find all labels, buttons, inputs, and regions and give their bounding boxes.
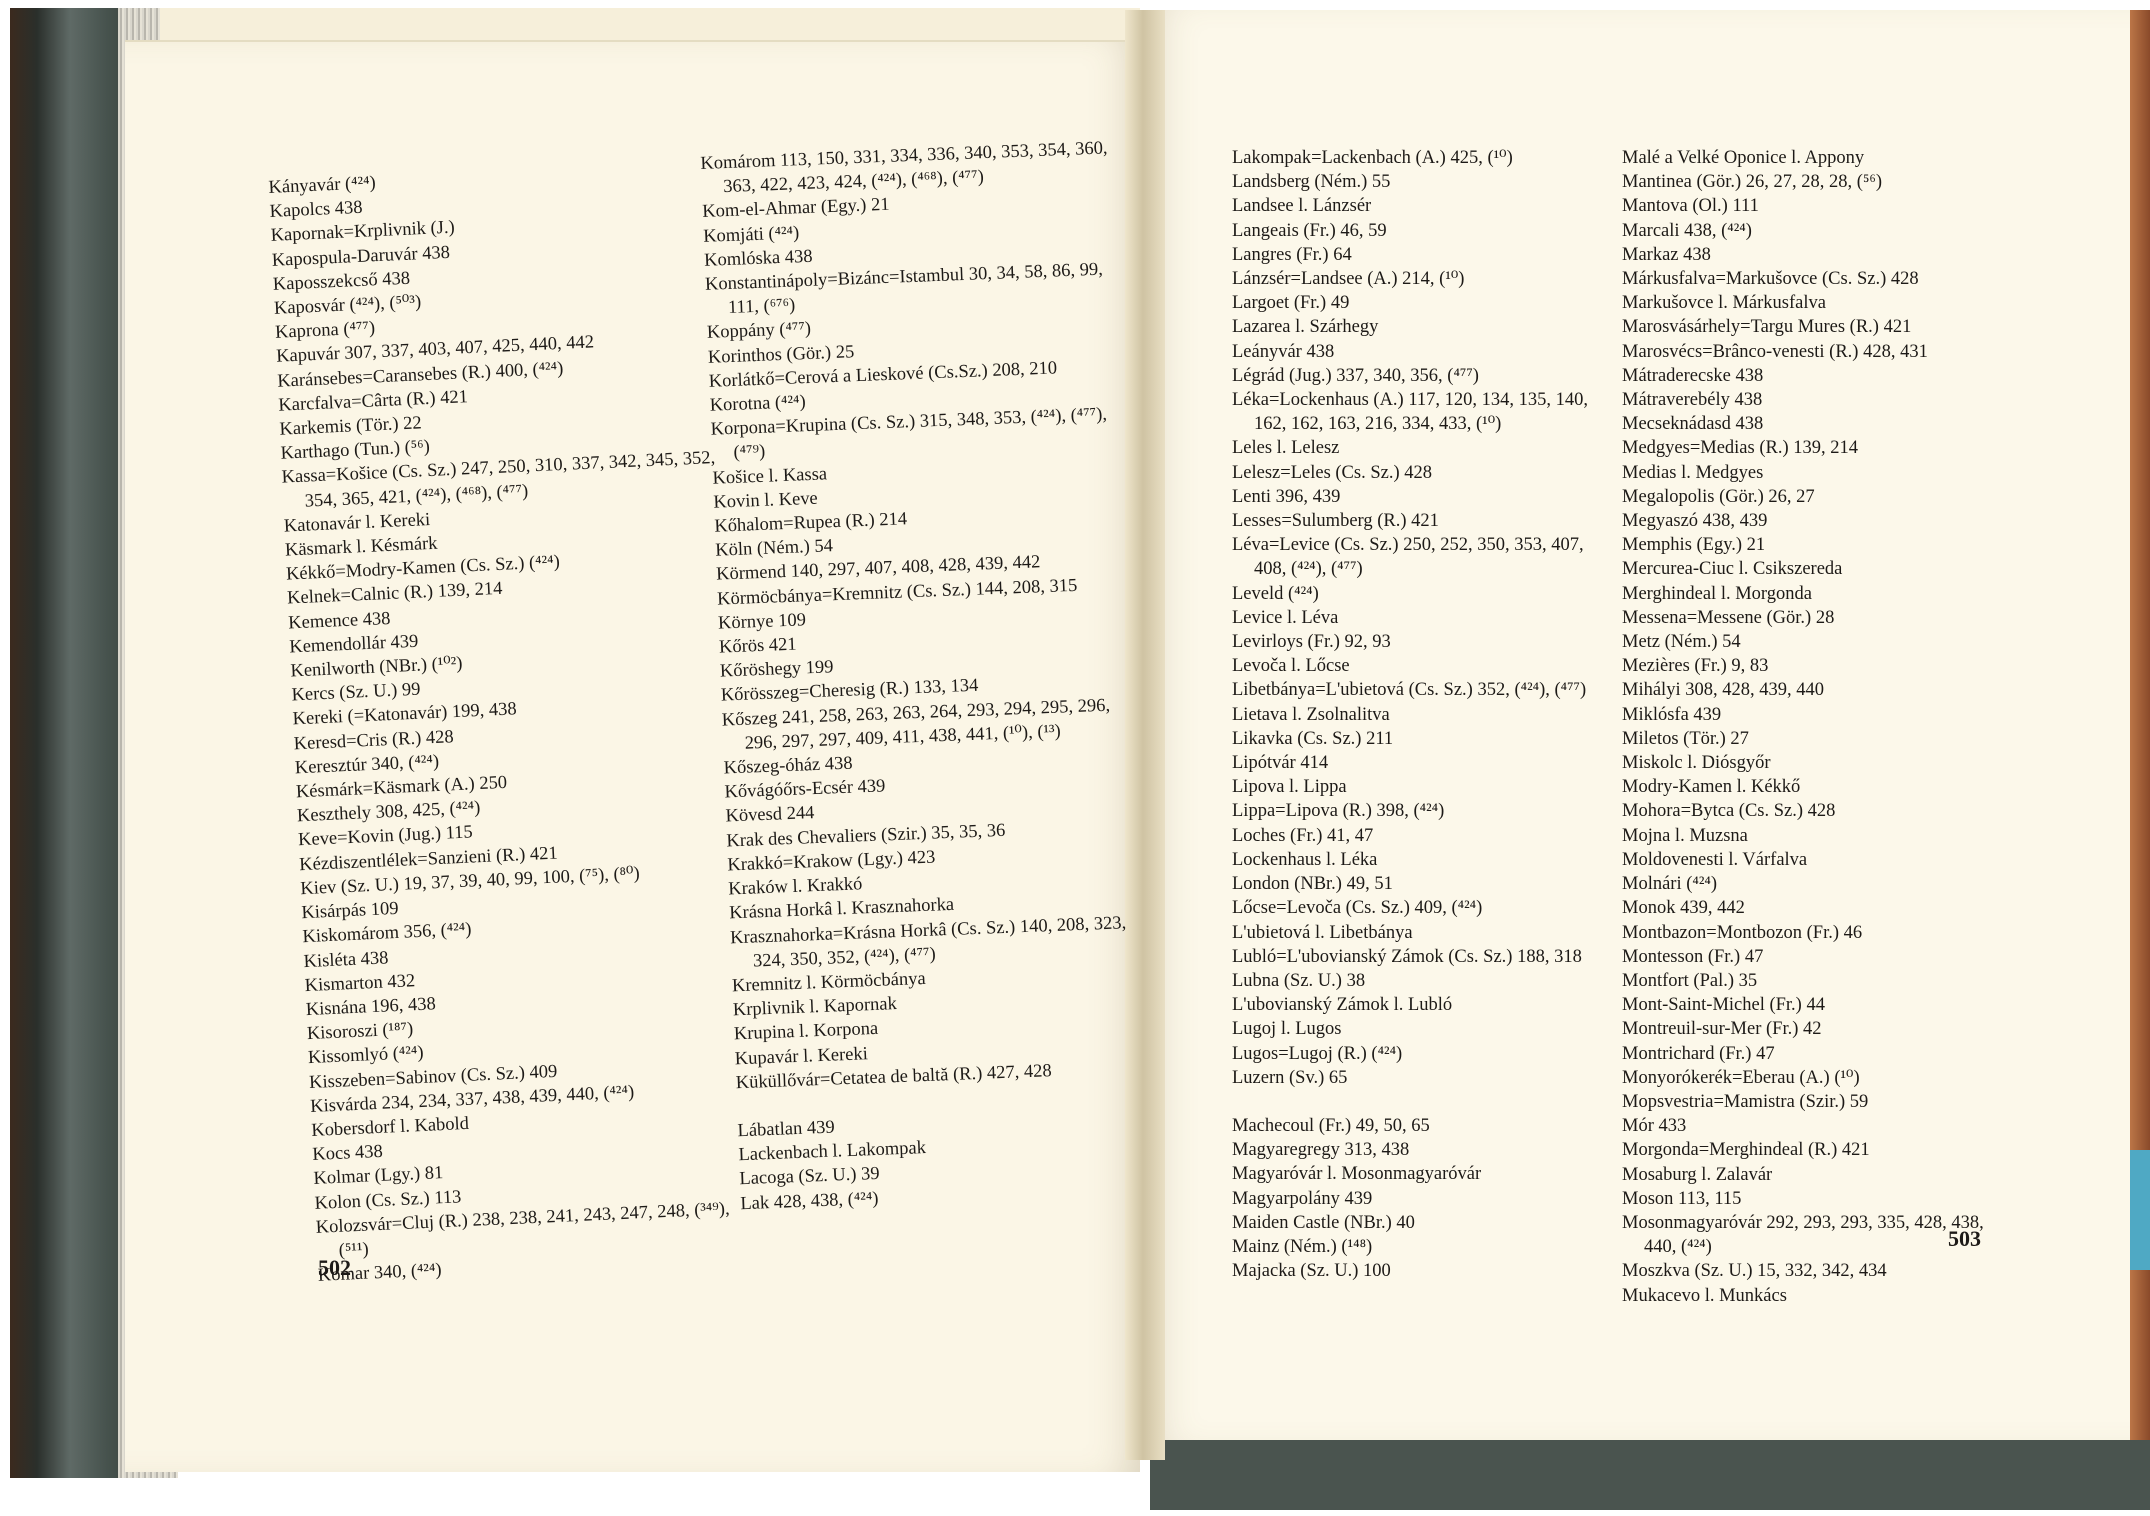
index-entry: Mezières (Fr.) 9, 83 [1622,654,2012,678]
index-entry: Lánzsér=Landsee (A.) 214, (¹⁰) [1232,267,1612,291]
index-entry: Magyaróvár l. Mosonmagyaróvár [1232,1162,1612,1186]
index-entry: Montesson (Fr.) 47 [1622,945,2012,969]
index-entry: Lugoj l. Lugos [1232,1017,1612,1041]
index-entry: Lippa=Lipova (R.) 398, (⁴²⁴) [1232,799,1612,823]
index-entry: Molnári (⁴²⁴) [1622,872,2012,896]
index-entry: Légrád (Jug.) 337, 340, 356, (⁴⁷⁷) [1232,364,1612,388]
index-entry: Lőcse=Levoča (Cs. Sz.) 409, (⁴²⁴) [1232,896,1612,920]
index-entry: Lipova l. Lippa [1232,775,1612,799]
page-number-left: 502 [318,1255,351,1281]
index-entry: Machecoul (Fr.) 49, 50, 65 [1232,1114,1612,1138]
index-entry: L'ubietová l. Libetbánya [1232,921,1612,945]
index-entry: Langeais (Fr.) 46, 59 [1232,219,1612,243]
index-entry: Lazarea l. Szárhegy [1232,315,1612,339]
index-entry: Miskolc l. Diósgyőr [1622,751,2012,775]
index-entry: Levice l. Léva [1232,606,1612,630]
index-entry: Montfort (Pal.) 35 [1622,969,2012,993]
index-entry: Metz (Ném.) 54 [1622,630,2012,654]
section-gap [1232,1090,1612,1114]
index-entry: Lipótvár 414 [1232,751,1612,775]
index-entry: Lubna (Sz. U.) 38 [1232,969,1612,993]
index-entry: Memphis (Egy.) 21 [1622,533,2012,557]
index-entry: Libetbánya=L'ubietová (Cs. Sz.) 352, (⁴²… [1232,678,1612,702]
index-entry: Leveld (⁴²⁴) [1232,582,1612,606]
index-entry: Loches (Fr.) 41, 47 [1232,824,1612,848]
index-entry: Likavka (Cs. Sz.) 211 [1232,727,1612,751]
index-entry: Léka=Lockenhaus (A.) 117, 120, 134, 135,… [1232,388,1612,436]
index-entry: Merghindeal l. Morgonda [1622,582,2012,606]
index-entry: Márkusfalva=Markušovce (Cs. Sz.) 428 [1622,267,2012,291]
book-cover-bottom [1150,1440,2150,1510]
index-entry: Monyorókerék=Eberau (A.) (¹⁰) [1622,1066,2012,1090]
index-entry: Mohora=Bytca (Cs. Sz.) 428 [1622,799,2012,823]
index-entry: Morgonda=Merghindeal (R.) 421 [1622,1138,2012,1162]
index-entry: Mercurea-Ciuc l. Csikszereda [1622,557,2012,581]
index-entry: Medias l. Medgyes [1622,461,2012,485]
index-entry: Landsberg (Ném.) 55 [1232,170,1612,194]
index-entry: Mukacevo l. Munkács [1622,1284,2012,1308]
index-entry: Moson 113, 115 [1622,1187,2012,1211]
index-entry: Largoet (Fr.) 49 [1232,291,1612,315]
index-entry: Miletos (Tör.) 27 [1622,727,2012,751]
index-entry: Mosaburg l. Zalavár [1622,1163,2012,1187]
index-entry: London (NBr.) 49, 51 [1232,872,1612,896]
index-entry: Mihályi 308, 428, 439, 440 [1622,678,2012,702]
index-entry: Léva=Levice (Cs. Sz.) 250, 252, 350, 353… [1232,533,1612,581]
index-entry: Landsee l. Lánzsér [1232,194,1612,218]
index-entry: Lakompak=Lackenbach (A.) 425, (¹⁰) [1232,146,1612,170]
index-entry: Levoča l. Lőcse [1232,654,1612,678]
index-entry: Montreuil-sur-Mer (Fr.) 42 [1622,1017,2012,1041]
index-entry: Megyaszó 438, 439 [1622,509,2012,533]
index-entry: Lubló=L'ubovianský Zámok (Cs. Sz.) 188, … [1232,945,1612,969]
index-entry: Miklósfa 439 [1622,703,2012,727]
index-entry: Majacka (Sz. U.) 100 [1232,1259,1612,1283]
index-entry: Mátraverebély 438 [1622,388,2012,412]
index-entry: Mojna l. Muzsna [1622,824,2012,848]
index-entry: Modry-Kamen l. Kékkő [1622,775,2012,799]
index-entry: Mór 433 [1622,1114,2012,1138]
index-entry: Megalopolis (Gör.) 26, 27 [1622,485,2012,509]
index-entry: Lelesz=Leles (Cs. Sz.) 428 [1232,461,1612,485]
index-entry: Leles l. Lelesz [1232,436,1612,460]
index-entry: Lockenhaus l. Léka [1232,848,1612,872]
index-entry: Leányvár 438 [1232,340,1612,364]
index-entry: Markušovce l. Márkusfalva [1622,291,2012,315]
index-entry: Markaz 438 [1622,243,2012,267]
index-entry: Magyarpolány 439 [1232,1187,1612,1211]
index-entry: Mainz (Ném.) (¹⁴⁸) [1232,1235,1612,1259]
index-entry: Mecseknádasd 438 [1622,412,2012,436]
index-entry: Moszkva (Sz. U.) 15, 332, 342, 434 [1622,1259,2012,1283]
index-entry: Mantinea (Gör.) 26, 27, 28, 28, (⁵⁶) [1622,170,2012,194]
index-entry: Moldovenesti l. Várfalva [1622,848,2012,872]
index-entry: Marosvásárhely=Targu Mures (R.) 421 [1622,315,2012,339]
index-entry: Montrichard (Fr.) 47 [1622,1042,2012,1066]
cover-accent [2128,1150,2150,1270]
index-column-1: Kányavár (⁴²⁴)Kapolcs 438Kapornak=Krpliv… [268,156,758,1288]
index-entry: Lesses=Sulumberg (R.) 421 [1232,509,1612,533]
page-number-right: 503 [1948,1226,1981,1252]
index-entry: Messena=Messene (Gör.) 28 [1622,606,2012,630]
index-entry: Marosvécs=Brânco-venesti (R.) 428, 431 [1622,340,2012,364]
index-entry: Langres (Fr.) 64 [1232,243,1612,267]
index-entry: L'ubovianský Zámok l. Lubló [1232,993,1612,1017]
index-column-4: Malé a Velké Oponice l. ApponyMantinea (… [1622,146,2012,1308]
index-entry: Lietava l. Zsolnalitva [1232,703,1612,727]
index-entry: Luzern (Sv.) 65 [1232,1066,1612,1090]
index-entry: Malé a Velké Oponice l. Appony [1622,146,2012,170]
index-entry: Monok 439, 442 [1622,896,2012,920]
index-entry: Magyaregregy 313, 438 [1232,1138,1612,1162]
index-entry: Lenti 396, 439 [1232,485,1612,509]
index-entry: Marcali 438, (⁴²⁴) [1622,219,2012,243]
index-entry: Lugos=Lugoj (R.) (⁴²⁴) [1232,1042,1612,1066]
index-entry: Mátraderecske 438 [1622,364,2012,388]
index-entry: Levirloys (Fr.) 92, 93 [1232,630,1612,654]
index-column-3: Lakompak=Lackenbach (A.) 425, (¹⁰)Landsb… [1232,146,1612,1283]
index-entry: Medgyes=Medias (R.) 139, 214 [1622,436,2012,460]
index-entry: Maiden Castle (NBr.) 40 [1232,1211,1612,1235]
index-entry: Mantova (Ol.) 111 [1622,194,2012,218]
index-entry: Montbazon=Montbozon (Fr.) 46 [1622,921,2012,945]
index-entry: Mopsvestria=Mamistra (Szir.) 59 [1622,1090,2012,1114]
index-column-2: Komárom 113, 150, 331, 334, 336, 340, 35… [700,136,1151,1216]
index-entry: Mont-Saint-Michel (Fr.) 44 [1622,993,2012,1017]
